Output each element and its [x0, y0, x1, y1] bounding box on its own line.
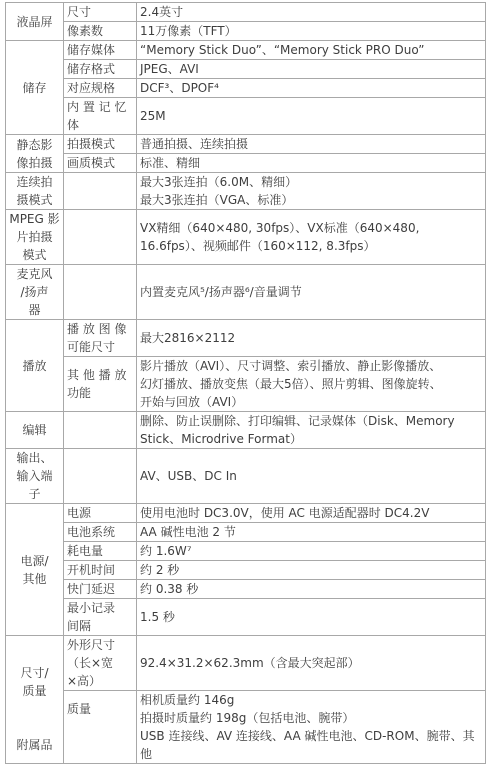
section-playback: 播放 播 放 图 像 可能尺寸 最大2816×2112 其 他 播 放 功能 影…	[6, 320, 486, 412]
value-cell: 1.5 秒	[137, 599, 486, 636]
spec-row: 尺寸/ 质量 外形尺寸 （长×宽 ×高） 92.4×31.2×62.3mm（含最…	[6, 636, 486, 691]
sub-label-cell: 最小记录 间隔	[64, 599, 137, 636]
sub-label-cell: 画质模式	[64, 154, 137, 173]
sub-label-cell: 质量	[64, 691, 137, 728]
category-cell: 液晶屏	[6, 3, 64, 41]
spec-row: 快门延迟 约 0.38 秒	[6, 580, 486, 599]
spec-row: 麦克风 /扬声 器 内置麦克风⁵/扬声器⁶/音量调节	[6, 265, 486, 320]
sub-label-cell	[64, 412, 137, 449]
sub-label-cell	[64, 173, 137, 210]
value-cell: 92.4×31.2×62.3mm（含最大突起部）	[137, 636, 486, 691]
value-cell: 影片播放（AVI）、尺寸调整、索引播放、静止影像播放、 幻灯播放、播放变焦（最大…	[137, 357, 486, 412]
sub-label-cell: 对应规格	[64, 79, 137, 98]
sub-label-cell: 播 放 图 像 可能尺寸	[64, 320, 137, 357]
sub-label-cell: 电池系统	[64, 523, 137, 542]
value-cell: 最大3张连拍（6.0M、精细） 最大3张连拍（VGA、标准）	[137, 173, 486, 210]
camera-spec-table: 液晶屏 尺寸 2.4英寸 像素数 11万像素（TFT） 储存 储存媒体 “Mem…	[5, 2, 486, 764]
spec-row: 最小记录 间隔 1.5 秒	[6, 599, 486, 636]
spec-row: 液晶屏 尺寸 2.4英寸	[6, 3, 486, 22]
section-storage: 储存 储存媒体 “Memory Stick Duo”、“Memory Stick…	[6, 41, 486, 135]
sub-label-cell: 电源	[64, 504, 137, 523]
value-cell: 2.4英寸	[137, 3, 486, 22]
value-cell: AA 碱性电池 2 节	[137, 523, 486, 542]
spec-row: 附属品 USB 连接线、AV 连接线、AA 碱性电池、CD-ROM、腕带、其他	[6, 727, 486, 764]
category-cell: 静态影 像拍摄	[6, 135, 64, 173]
section-still-capture: 静态影 像拍摄 拍摄模式 普通拍摄、连续拍摄 画质模式 标准、精细	[6, 135, 486, 173]
value-cell: 标准、精细	[137, 154, 486, 173]
spec-row: 耗电量 约 1.6W⁷	[6, 542, 486, 561]
value-cell: 普通拍摄、连续拍摄	[137, 135, 486, 154]
sub-label-cell: 储存媒体	[64, 41, 137, 60]
value-cell: AV、USB、DC In	[137, 449, 486, 504]
spec-row: 储存格式 JPEG、AVI	[6, 60, 486, 79]
value-cell: “Memory Stick Duo”、“Memory Stick PRO Duo…	[137, 41, 486, 60]
value-cell: 删除、防止误删除、打印编辑、记录媒体（Disk、Memory Stick、Mic…	[137, 412, 486, 449]
category-cell: 尺寸/ 质量	[6, 636, 64, 728]
spec-row: 质量 相机质量约 146g 拍摄时质量约 198g（包括电池、腕带）	[6, 691, 486, 728]
value-cell: 11万像素（TFT）	[137, 22, 486, 41]
sub-label-cell: 尺寸	[64, 3, 137, 22]
spec-row: 其 他 播 放 功能 影片播放（AVI）、尺寸调整、索引播放、静止影像播放、 幻…	[6, 357, 486, 412]
sub-label-cell	[64, 449, 137, 504]
category-cell: 连续拍 摄模式	[6, 173, 64, 210]
sub-label-cell: 储存格式	[64, 60, 137, 79]
category-cell: 编辑	[6, 412, 64, 449]
sub-label-cell: 耗电量	[64, 542, 137, 561]
spec-row: MPEG 影 片拍摄 模式 VX精细（640×480, 30fps）、VX标准（…	[6, 210, 486, 265]
category-cell: 播放	[6, 320, 64, 412]
spec-row: 储存 储存媒体 “Memory Stick Duo”、“Memory Stick…	[6, 41, 486, 60]
sub-label-cell: 内 置 记 忆 体	[64, 98, 137, 135]
value-cell: DCF³、DPOF⁴	[137, 79, 486, 98]
value-cell: JPEG、AVI	[137, 60, 486, 79]
sub-label-cell: 开机时间	[64, 561, 137, 580]
value-cell: USB 连接线、AV 连接线、AA 碱性电池、CD-ROM、腕带、其他	[137, 727, 486, 764]
sub-label-cell	[64, 727, 137, 764]
category-cell: 储存	[6, 41, 64, 135]
sub-label-cell	[64, 210, 137, 265]
category-cell: 附属品	[6, 727, 64, 764]
sub-label-cell: 像素数	[64, 22, 137, 41]
category-cell: 麦克风 /扬声 器	[6, 265, 64, 320]
sub-label-cell	[64, 265, 137, 320]
value-cell: 最大2816×2112	[137, 320, 486, 357]
value-cell: 内置麦克风⁵/扬声器⁶/音量调节	[137, 265, 486, 320]
sub-label-cell: 其 他 播 放 功能	[64, 357, 137, 412]
value-cell: 相机质量约 146g 拍摄时质量约 198g（包括电池、腕带）	[137, 691, 486, 728]
category-cell: MPEG 影 片拍摄 模式	[6, 210, 64, 265]
spec-row: 编辑 删除、防止误删除、打印编辑、记录媒体（Disk、Memory Stick、…	[6, 412, 486, 449]
spec-row: 播放 播 放 图 像 可能尺寸 最大2816×2112	[6, 320, 486, 357]
spec-row: 输出、 输入端 子 AV、USB、DC In	[6, 449, 486, 504]
section-mic-speaker: 麦克风 /扬声 器 内置麦克风⁵/扬声器⁶/音量调节	[6, 265, 486, 320]
section-mpeg-mode: MPEG 影 片拍摄 模式 VX精细（640×480, 30fps）、VX标准（…	[6, 210, 486, 265]
section-power-other: 电源/ 其他 电源 使用电池时 DC3.0V，使用 AC 电源适配器时 DC4.…	[6, 504, 486, 636]
value-cell: 约 2 秒	[137, 561, 486, 580]
spec-row: 对应规格 DCF³、DPOF⁴	[6, 79, 486, 98]
section-accessories: 附属品 USB 连接线、AV 连接线、AA 碱性电池、CD-ROM、腕带、其他	[6, 727, 486, 764]
sub-label-cell: 拍摄模式	[64, 135, 137, 154]
spec-row: 画质模式 标准、精细	[6, 154, 486, 173]
spec-row: 连续拍 摄模式 最大3张连拍（6.0M、精细） 最大3张连拍（VGA、标准）	[6, 173, 486, 210]
value-cell: VX精细（640×480, 30fps）、VX标准（640×480, 16.6f…	[137, 210, 486, 265]
section-lcd: 液晶屏 尺寸 2.4英寸 像素数 11万像素（TFT）	[6, 3, 486, 41]
spec-sheet: 液晶屏 尺寸 2.4英寸 像素数 11万像素（TFT） 储存 储存媒体 “Mem…	[5, 2, 486, 764]
section-edit: 编辑 删除、防止误删除、打印编辑、记录媒体（Disk、Memory Stick、…	[6, 412, 486, 449]
section-burst-mode: 连续拍 摄模式 最大3张连拍（6.0M、精细） 最大3张连拍（VGA、标准）	[6, 173, 486, 210]
value-cell: 约 1.6W⁷	[137, 542, 486, 561]
value-cell: 使用电池时 DC3.0V，使用 AC 电源适配器时 DC4.2V	[137, 504, 486, 523]
spec-row: 像素数 11万像素（TFT）	[6, 22, 486, 41]
value-cell: 25M	[137, 98, 486, 135]
spec-row: 电源/ 其他 电源 使用电池时 DC3.0V，使用 AC 电源适配器时 DC4.…	[6, 504, 486, 523]
spec-row: 静态影 像拍摄 拍摄模式 普通拍摄、连续拍摄	[6, 135, 486, 154]
spec-row: 开机时间 约 2 秒	[6, 561, 486, 580]
category-cell: 电源/ 其他	[6, 504, 64, 636]
value-cell: 约 0.38 秒	[137, 580, 486, 599]
sub-label-cell: 快门延迟	[64, 580, 137, 599]
section-io-terminals: 输出、 输入端 子 AV、USB、DC In	[6, 449, 486, 504]
sub-label-cell: 外形尺寸 （长×宽 ×高）	[64, 636, 137, 691]
category-cell: 输出、 输入端 子	[6, 449, 64, 504]
spec-row: 内 置 记 忆 体 25M	[6, 98, 486, 135]
spec-row: 电池系统 AA 碱性电池 2 节	[6, 523, 486, 542]
section-dimensions-weight: 尺寸/ 质量 外形尺寸 （长×宽 ×高） 92.4×31.2×62.3mm（含最…	[6, 636, 486, 728]
